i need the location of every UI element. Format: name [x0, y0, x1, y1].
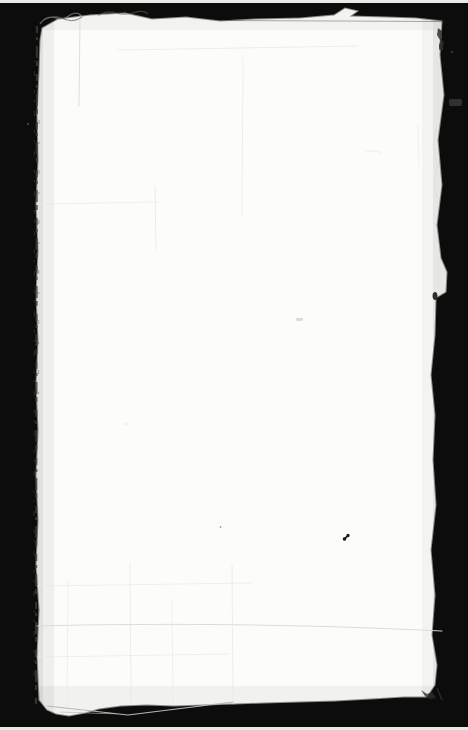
right-edge-notch: [433, 292, 438, 300]
smudge-center: [296, 318, 303, 321]
gutter-line-main: [36, 26, 37, 704]
faint-mark-right-bed: [449, 99, 462, 106]
right-edge-mark-top-2: [439, 44, 443, 50]
dust-speck-right-bed: [451, 51, 453, 53]
paper-page: [36, 8, 447, 716]
scanned-page-image: [0, 0, 468, 730]
speck-midleft: [125, 423, 127, 425]
speck-center-bottom: [220, 526, 222, 528]
dust-speck-left-bed: [27, 123, 29, 125]
scan-canvas: [0, 0, 468, 730]
